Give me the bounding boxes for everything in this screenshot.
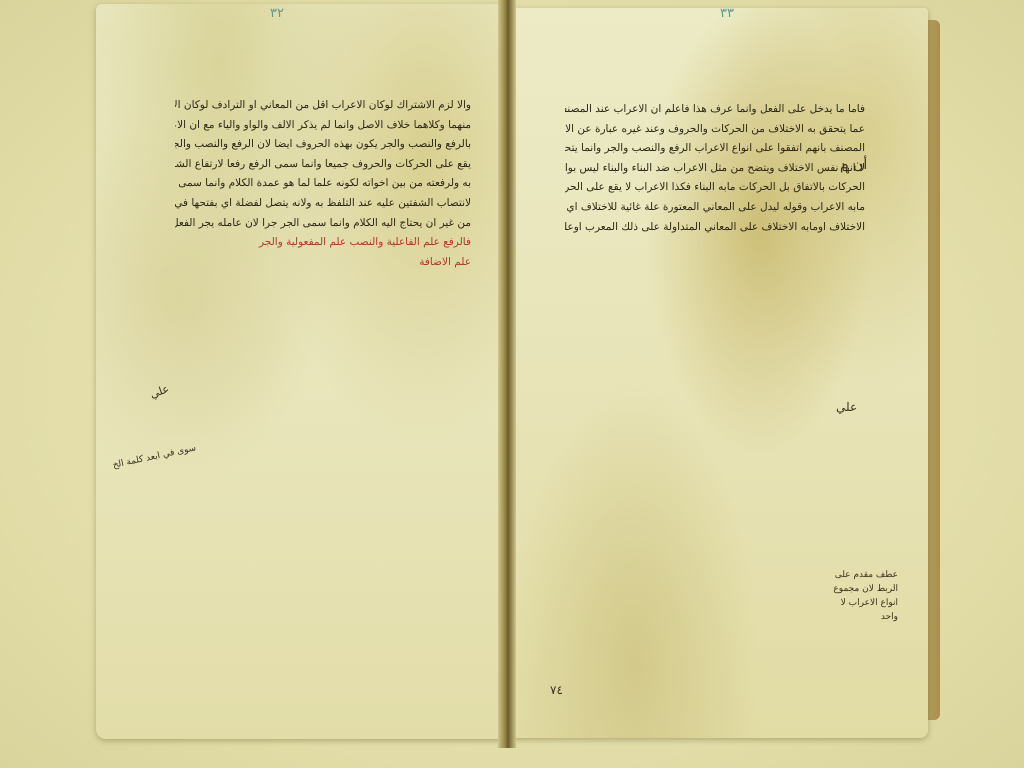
text-line: الحركات بالاتفاق بل الحركات مابه البناء … [565, 178, 865, 198]
right-folio-mark: ٣٣ [720, 6, 734, 21]
page-number: ٧٤ [550, 683, 563, 697]
right-page-text: فاما ما يدخل على الفعل وانما عرف هذا فاع… [565, 100, 865, 620]
text-line: فاما ما يدخل على الفعل وانما عرف هذا فاع… [565, 100, 865, 120]
text-line: مابه الاعراب وقوله ليدل على المعاني المع… [565, 198, 865, 218]
text-line: المصنف بانهم اتفقوا على انواع الاعراب ال… [565, 139, 865, 159]
text-line: به ولرفعته من بين اخواته لكونه علما لما … [175, 174, 471, 194]
text-line: الاختلاف اومابه الاختلاف على المعاني الم… [565, 218, 865, 238]
text-line: لا انها نفس الاختلاف ويتضح من مثل الاعرا… [565, 159, 865, 179]
right-margin-note: علي [836, 400, 857, 414]
left-page-text: والا لزم الاشتراك لوكان الاعراب اقل من ا… [175, 96, 471, 596]
right-margin-note: أن م [840, 158, 867, 172]
text-line: عما يتحقق به الاختلاف من الحركات والحروف… [565, 120, 865, 140]
text-line: من غير ان يحتاج اليه الكلام وانما سمى ال… [175, 214, 471, 234]
text-line: لانتصاب الشفتين عليه عند التلفظ به ولانه… [175, 194, 471, 214]
book-spine [498, 0, 516, 748]
left-folio-mark: ٣٢ [270, 6, 284, 21]
text-line: بالرفع والنصب والجر يكون بهذه الحروف ايض… [175, 135, 471, 155]
right-margin-note: عطف مقدم على الربط لان مجموع انواع الاعر… [828, 568, 898, 624]
text-line: يقع على الحركات والحروف جميعا وانما سمى … [175, 155, 471, 175]
rubric-line: فالرفع علم الفاعلية والنصب علم المفعولية… [175, 233, 471, 253]
text-line: والا لزم الاشتراك لوكان الاعراب اقل من ا… [175, 96, 471, 116]
text-line: منهما وكلاهما خلاف الاصل وانما لم يذكر ا… [175, 116, 471, 136]
rubric-line: علم الاضافة [175, 253, 471, 273]
